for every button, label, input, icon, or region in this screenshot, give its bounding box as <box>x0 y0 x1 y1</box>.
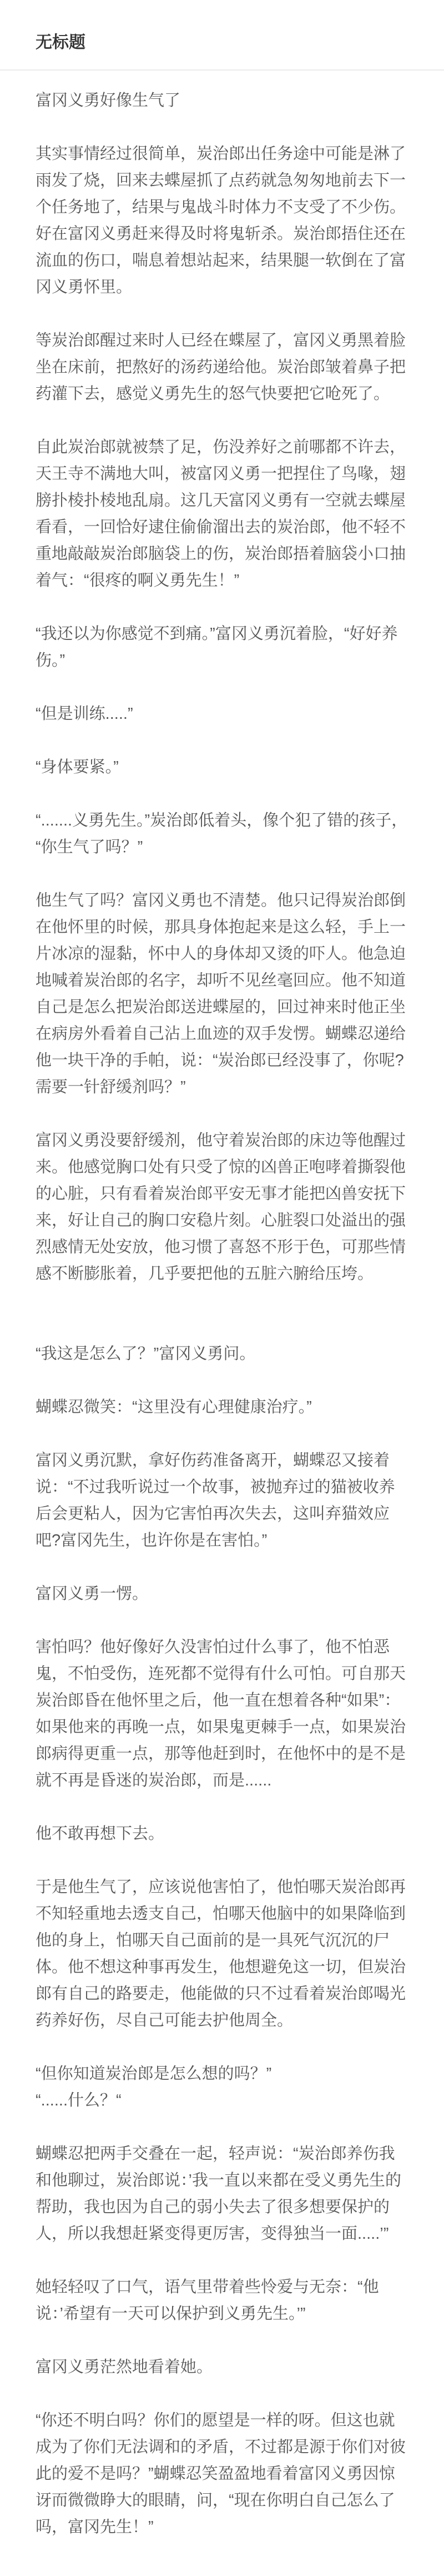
paragraph: 他生气了吗？富冈义勇也不清楚。他只记得炭治郎倒在他怀里的时候，那具身体抱起来是这… <box>36 887 408 1101</box>
paragraph: “.......义勇先生。”炭治郎低着头，像个犯了错的孩子，“你生气了吗？” <box>36 807 408 861</box>
paragraph: 蝴蝶忍微笑：“这里没有心理健康治疗。” <box>36 1394 408 1420</box>
paragraph: 富冈义勇没要舒缓剂，他守着炭治郎的床边等他醒过来。他感觉胸口处有只受了惊的凶兽正… <box>36 1127 408 1287</box>
paragraph: “但是训练.....” <box>36 701 408 727</box>
paragraph: 富冈义勇好像生气了 <box>36 87 408 114</box>
paragraph: 等炭治郎醒过来时人已经在蝶屋了，富冈义勇黑着脸坐在床前，把熬好的汤药递给他。炭治… <box>36 327 408 407</box>
paragraph: 害怕吗？他好像好久没害怕过什么事了，他不怕恶鬼，不怕受伤，连死都不觉得有什么可怕… <box>36 1634 408 1794</box>
article-body: 富冈义勇好像生气了其实事情经过很简单，炭治郎出任务途中可能是淋了雨发了烧，回来去… <box>0 71 444 2576</box>
paragraph: “但你知道炭治郎是怎么想的吗？” “......什么？“ <box>36 2060 408 2114</box>
paragraph: “你还不明白吗？你们的愿望是一样的呀。但这也就成为了你们无法调和的矛盾，不过都是… <box>36 2407 408 2540</box>
paragraph: “我还以为你感觉不到痛。”富冈义勇沉着脸，“好好养伤。” <box>36 621 408 674</box>
paragraph: “身体要紧。” <box>36 754 408 781</box>
paragraph: 他不敢再想下去。 <box>36 1820 408 1847</box>
paragraph: 富冈义勇一愣。 <box>36 1580 408 1607</box>
document-page: 无标题 富冈义勇好像生气了其实事情经过很简单，炭治郎出任务途中可能是淋了雨发了烧… <box>0 0 444 2576</box>
paragraph: 于是他生气了，应该说他害怕了，他怕哪天炭治郎再不知轻重地去透支自己，怕哪天他脑中… <box>36 1874 408 2034</box>
document-header: 无标题 <box>0 0 444 55</box>
paragraph: 蝴蝶忍把两手交叠在一起，轻声说：“炭治郎养伤我和他聊过，炭治郎说：’我一直以来都… <box>36 2140 408 2247</box>
paragraph: 她轻轻叹了口气，语气里带着些怜爱与无奈：“他说：’希望有一天可以保护到义勇先生。… <box>36 2274 408 2327</box>
paragraph: 自此炭治郎就被禁了足，伤没养好之前哪都不许去，天王寺不满地大叫，被富冈义勇一把捏… <box>36 434 408 594</box>
paragraph: 富冈义勇沉默，拿好伤药准备离开，蝴蝶忍又接着说：“不过我听说过一个故事，被抛弃过… <box>36 1447 408 1554</box>
paragraph: 其实事情经过很简单，炭治郎出任务途中可能是淋了雨发了烧，回来去蝶屋抓了点药就急匆… <box>36 141 408 301</box>
page-title: 无标题 <box>36 31 408 55</box>
paragraph: “我这是怎么了？”富冈义勇问。 <box>36 1340 408 1367</box>
paragraph: 富冈义勇茫然地看着她。 <box>36 2354 408 2380</box>
